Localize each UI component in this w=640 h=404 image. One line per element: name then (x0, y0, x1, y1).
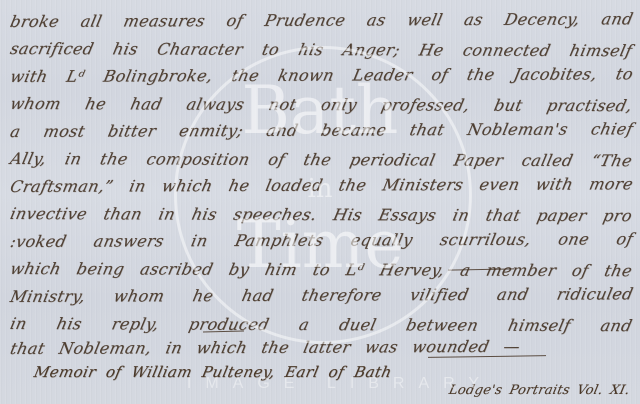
manuscript-page: broke all measures of Prudence as well a… (0, 0, 640, 404)
manuscript-line: in his reply, produced a duel between hi… (8, 313, 634, 337)
manuscript-line: :voked answers in Pamphlets equally scur… (8, 228, 635, 253)
manuscript-line: which being ascribed by him to Lᵈ Hervey… (8, 258, 634, 282)
manuscript-line: whom he had always not only professed, b… (8, 93, 634, 117)
manuscript-line: a most bitter enmity; and became that No… (8, 118, 635, 143)
attribution-line: Memoir of William Pulteney, Earl of Bath (32, 363, 393, 381)
citation-line: Lodge's Portraits Vol. XI. (447, 383, 631, 398)
manuscript-line: Ally, in the composition of the periodic… (8, 148, 634, 172)
manuscript-line: Craftsman,” in which he loaded the Minis… (8, 173, 635, 198)
manuscript-line: Ministry, whom he had therefore vilified… (8, 283, 635, 308)
manuscript-line: that Nobleman, in which the latter was w… (8, 335, 635, 360)
manuscript-line: sacrificed his Character to his Anger; H… (8, 38, 634, 62)
manuscript-line: invective than in his speeches. His Essa… (8, 203, 634, 227)
manuscript-line: broke all measures of Prudence as well a… (8, 8, 635, 33)
manuscript-line: with Lᵈ Bolingbroke, the known Leader of… (8, 63, 635, 88)
